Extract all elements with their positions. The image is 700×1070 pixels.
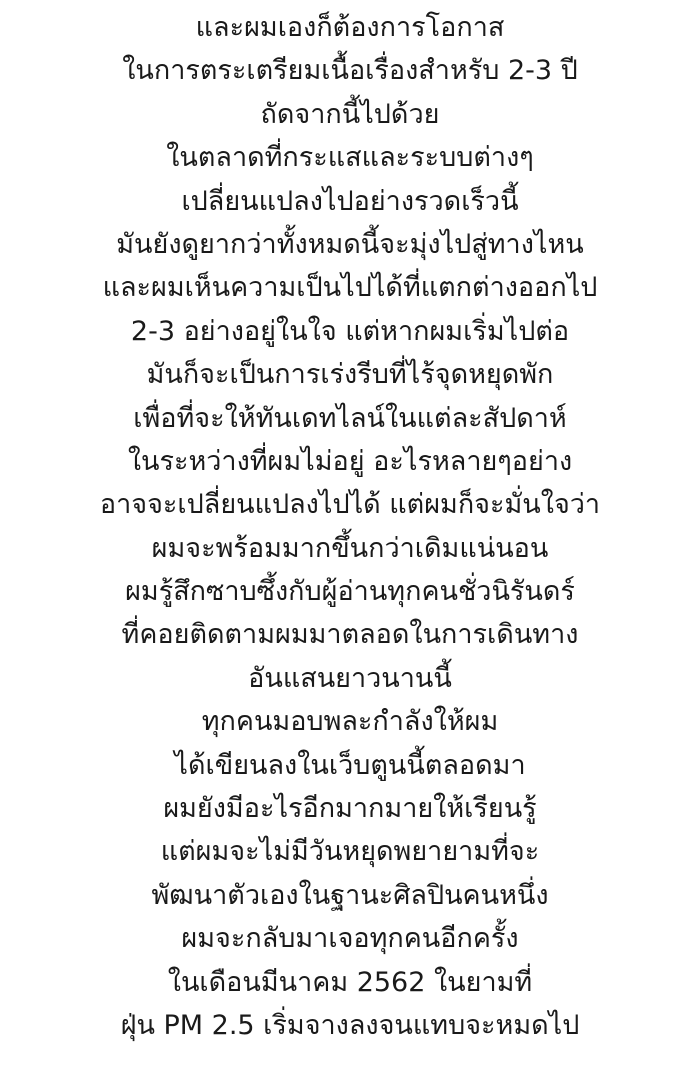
text-line-12: อาจจะเปลี่ยนแปลงไปได้ แต่ผมก็จะมั่นใจว่า	[0, 483, 700, 526]
text-line-22: ผมจะกลับมาเจอทุกคนอีกครั้ง	[0, 917, 700, 960]
text-line-15: ที่คอยติดตามผมมาตลอดในการเดินทาง	[0, 613, 700, 656]
text-line-7: และผมเห็นความเป็นไปได้ที่แตกต่างออกไป	[0, 266, 700, 309]
text-line-6: มันยังดูยากว่าทั้งหมดนี้จะมุ่งไปสู่ทางไห…	[0, 223, 700, 266]
text-line-18: ได้เขียนลงในเว็บตูนนี้ตลอดมา	[0, 744, 700, 787]
author-note-text-block: และผมเองก็ต้องการโอกาส ในการตระเตรียมเนื…	[0, 6, 700, 1047]
text-line-9: มันก็จะเป็นการเร่งรีบที่ไร้จุดหยุดพัก	[0, 353, 700, 396]
text-line-17: ทุกคนมอบพละกำลังให้ผม	[0, 700, 700, 743]
text-line-4: ในตลาดที่กระแสและระบบต่างๆ	[0, 136, 700, 179]
text-line-3: ถัดจากนี้ไปด้วย	[0, 93, 700, 136]
text-line-21: พัฒนาตัวเองในฐานะศิลปินคนหนึ่ง	[0, 874, 700, 917]
text-line-23: ในเดือนมีนาคม 2562 ในยามที่	[0, 961, 700, 1004]
text-line-8: 2-3 อย่างอยู่ในใจ แต่หากผมเริ่มไปต่อ	[0, 310, 700, 353]
text-line-24: ฝุ่น PM 2.5 เริ่มจางลงจนแทบจะหมดไป	[0, 1004, 700, 1047]
text-line-20: แต่ผมจะไม่มีวันหยุดพยายามที่จะ	[0, 830, 700, 873]
text-line-14: ผมรู้สึกซาบซึ้งกับผู้อ่านทุกคนชั่วนิรันด…	[0, 570, 700, 613]
text-line-2: ในการตระเตรียมเนื้อเรื่องสำหรับ 2-3 ปี	[0, 49, 700, 92]
text-line-11: ในระหว่างที่ผมไม่อยู่ อะไรหลายๆอย่าง	[0, 440, 700, 483]
text-line-1: และผมเองก็ต้องการโอกาส	[0, 6, 700, 49]
text-line-10: เพื่อที่จะให้ทันเดทไลน์ในแต่ละสัปดาห์	[0, 397, 700, 440]
text-line-5: เปลี่ยนแปลงไปอย่างรวดเร็วนี้	[0, 180, 700, 223]
text-line-16: อันแสนยาวนานนี้	[0, 657, 700, 700]
text-line-13: ผมจะพร้อมมากขึ้นกว่าเดิมแน่นอน	[0, 527, 700, 570]
text-line-19: ผมยังมีอะไรอีกมากมายให้เรียนรู้	[0, 787, 700, 830]
